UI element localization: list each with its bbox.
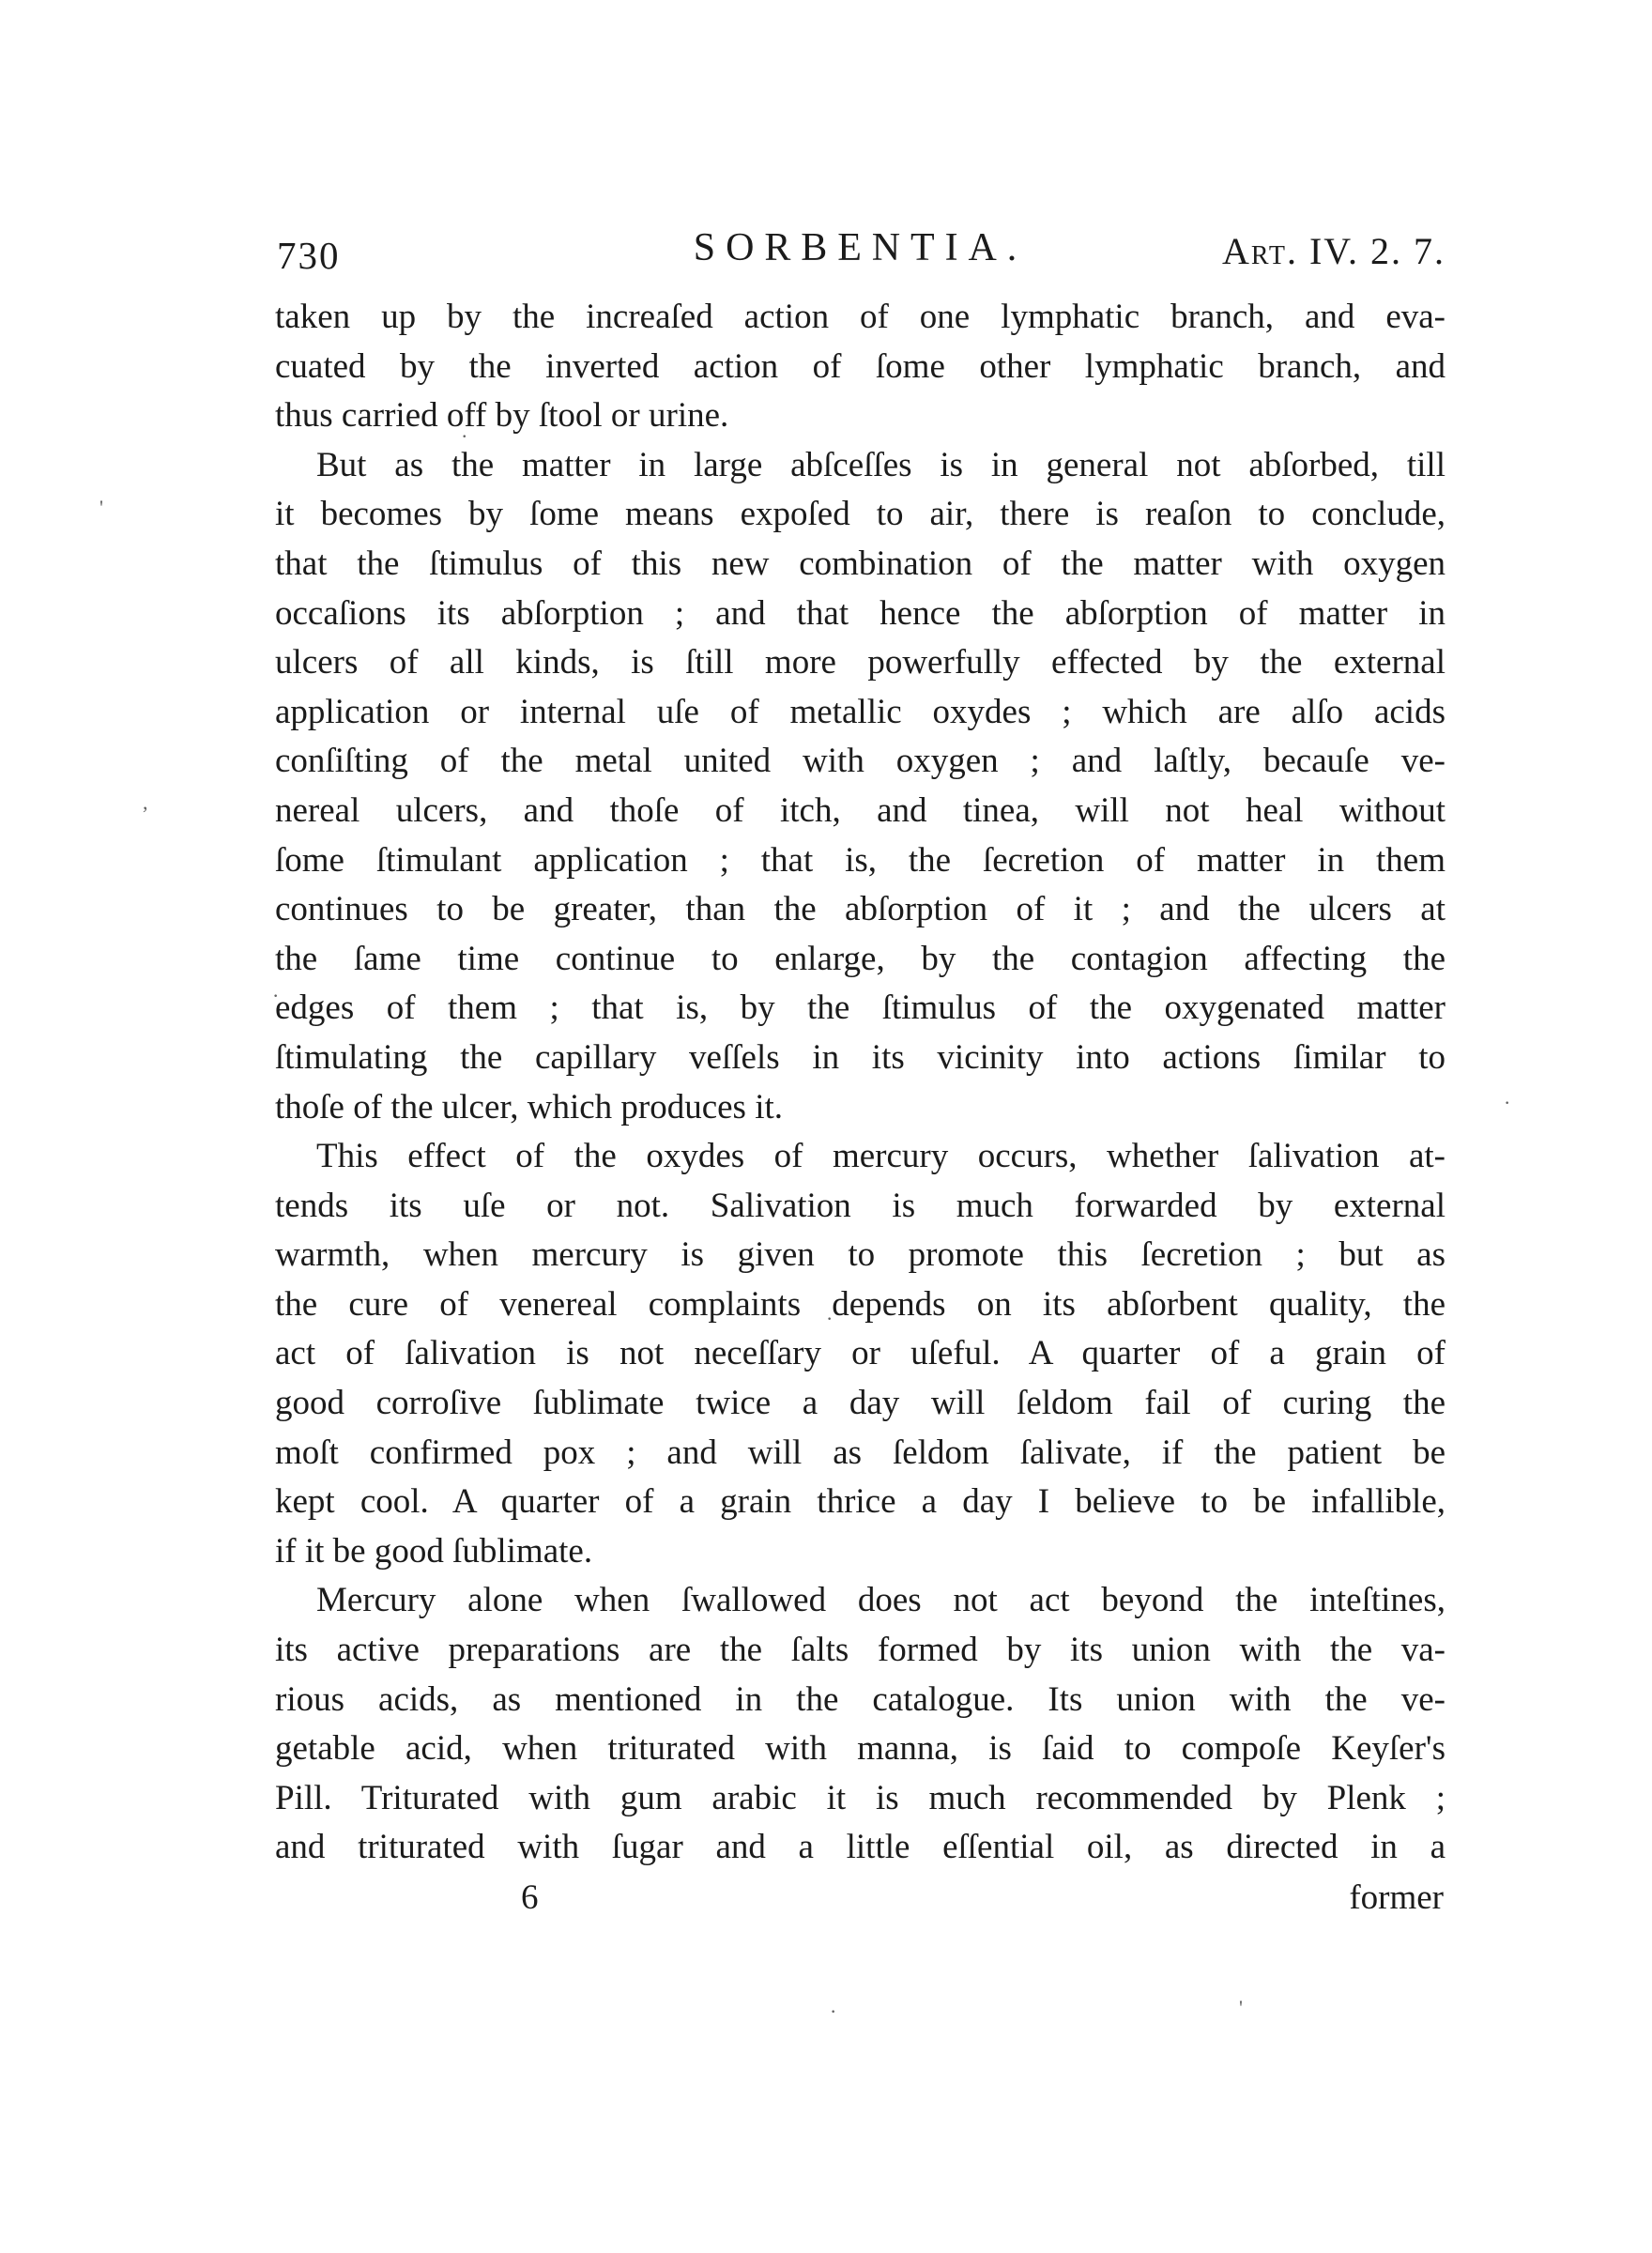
text-line: good corroſive ſublimate twice a day wil… bbox=[275, 1379, 1445, 1429]
signature-mark: 6 bbox=[521, 1874, 539, 1923]
text-line: This effect of the oxydes of mercury occ… bbox=[275, 1132, 1445, 1182]
text-block: taken up by the increaſed action of one … bbox=[275, 293, 1445, 1873]
text-line: that the ſtimulus of this new combinatio… bbox=[275, 540, 1445, 590]
text-line: ulcers of all kinds, is ſtill more power… bbox=[275, 638, 1445, 688]
running-title: SORBENTIA. bbox=[694, 225, 1027, 270]
page-number: 730 bbox=[277, 233, 341, 278]
book-page: 730 SORBENTIA. Art. IV. 2. 7. taken up b… bbox=[0, 0, 1652, 2253]
text-line: nereal ulcers, and thoſe of itch, and ti… bbox=[275, 787, 1445, 836]
text-line: conſiſting of the metal united with oxyg… bbox=[275, 737, 1445, 787]
ink-speck: · bbox=[826, 1307, 833, 1331]
text-line: moſt confirmed pox ; and will as ſeldom … bbox=[275, 1429, 1445, 1479]
text-line: if it be good ſublimate. bbox=[275, 1527, 1445, 1577]
text-line: and triturated with ſugar and a little e… bbox=[275, 1823, 1445, 1873]
text-line: the ſame time continue to enlarge, by th… bbox=[275, 935, 1445, 985]
text-line: kept cool. A quarter of a grain thrice a… bbox=[275, 1478, 1445, 1527]
text-line: it becomes by ſome means expoſed to air,… bbox=[275, 490, 1445, 540]
ink-speck: ' bbox=[99, 496, 103, 520]
ink-speck: , bbox=[143, 790, 148, 815]
text-line: getable acid, when triturated with manna… bbox=[275, 1724, 1445, 1774]
text-line: rious acids, as mentioned in the catalog… bbox=[275, 1676, 1445, 1725]
text-line: ſome ſtimulant application ; that is, th… bbox=[275, 836, 1445, 886]
ink-speck: ' bbox=[1239, 1996, 1243, 2020]
text-line: thoſe of the ulcer, which produces it. bbox=[275, 1083, 1445, 1133]
text-line: occaſions its abſorption ; and that henc… bbox=[275, 590, 1445, 639]
text-line: taken up by the increaſed action of one … bbox=[275, 293, 1445, 343]
signature-line: 6 former bbox=[275, 1874, 1445, 1923]
text-line: ſtimulating the capillary veſſels in its… bbox=[275, 1034, 1445, 1083]
text-line: tends its uſe or not. Salivation is much… bbox=[275, 1182, 1445, 1232]
catchword: former bbox=[1349, 1874, 1444, 1923]
page-header: 730 SORBENTIA. Art. IV. 2. 7. bbox=[275, 225, 1445, 280]
text-line: cuated by the inverted action of ſome ot… bbox=[275, 343, 1445, 392]
text-line: Pill. Triturated with gum arabic it is m… bbox=[275, 1774, 1445, 1824]
text-line: act of ſalivation is not neceſſary or uſ… bbox=[275, 1329, 1445, 1379]
text-line: Mercury alone when ſwallowed does not ac… bbox=[275, 1576, 1445, 1626]
text-line: the cure of venereal complaints depends … bbox=[275, 1280, 1445, 1330]
ink-speck: · bbox=[272, 984, 279, 1008]
article-reference: Art. IV. 2. 7. bbox=[1222, 229, 1445, 273]
ink-speck: · bbox=[1504, 1091, 1510, 1115]
text-line: warmth, when mercury is given to promote… bbox=[275, 1231, 1445, 1280]
text-line: continues to be greater, than the abſorp… bbox=[275, 885, 1445, 935]
text-line: But as the matter in large abſceſſes is … bbox=[275, 441, 1445, 491]
text-line: its active preparations are the ſalts fo… bbox=[275, 1626, 1445, 1676]
text-line: edges of them ; that is, by the ſtimulus… bbox=[275, 984, 1445, 1034]
text-line: thus carried off by ſtool or urine. bbox=[275, 391, 1445, 441]
ink-speck: · bbox=[830, 2000, 836, 2024]
ink-speck: . bbox=[462, 419, 467, 443]
text-line: application or internal uſe of metallic … bbox=[275, 688, 1445, 738]
